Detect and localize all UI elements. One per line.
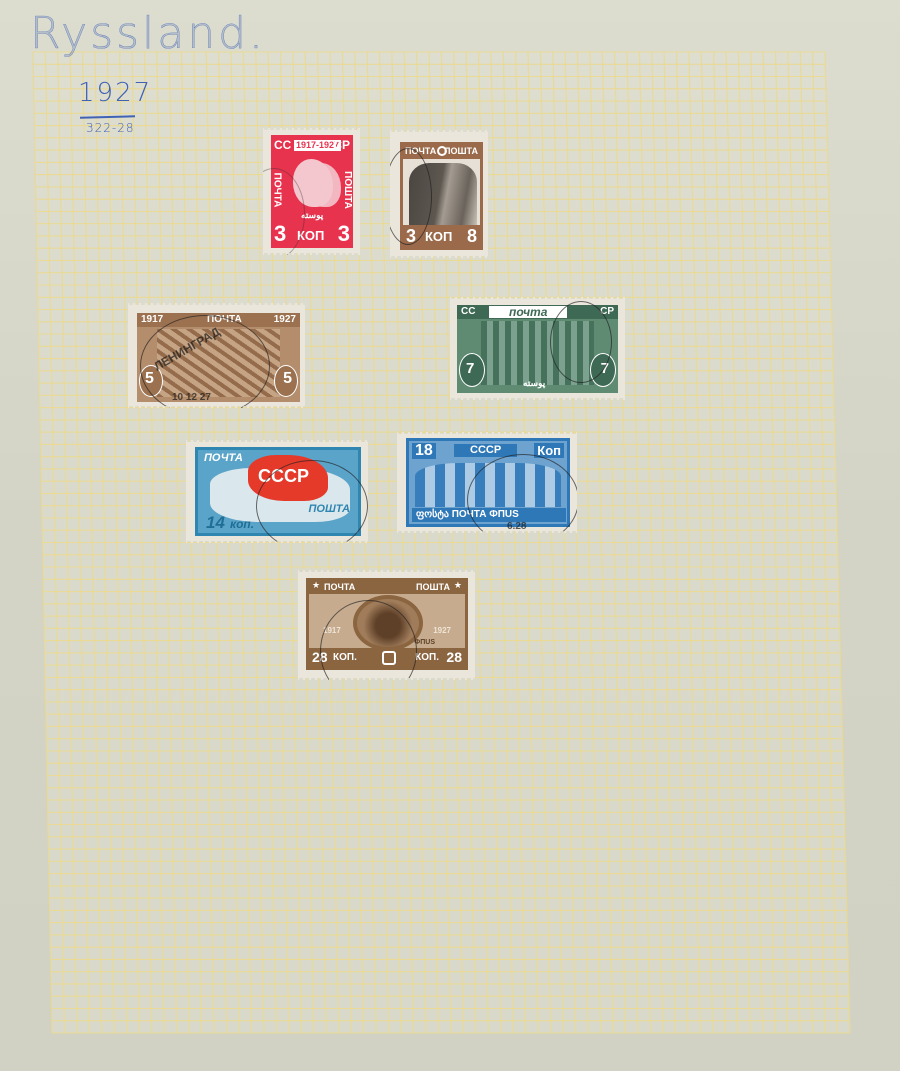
stamp-value-left: 3 — [406, 227, 416, 245]
stamp-5-kop[interactable]: 1917 ПОЧТА 1927 5 5 ЛЕНИНГРАД 10 12 27 — [128, 303, 305, 408]
stamp-header-right: ПОШТА — [416, 583, 450, 592]
emblem-icon — [382, 651, 396, 665]
stamp-footer: ფოსტა ПОЧТА ФПUS — [412, 508, 566, 522]
stamp-script: ФПUS — [414, 639, 435, 646]
stamp-design: CC 1917-1927 CP ПОЧТА ПОШТА پوسته 3 КОП … — [271, 135, 353, 248]
stamp-design: ПОЧТА СССР ПОШТА 14 коп. — [195, 447, 361, 536]
stamp-currency-left: КОП. — [333, 653, 357, 663]
star-icon: ★ — [312, 582, 320, 591]
stamp-side-left: ПОЧТА — [271, 173, 281, 208]
stamp-value-right: 8 — [467, 227, 477, 245]
wreath-portraits-icon — [353, 595, 423, 651]
stamp-side-right: ПОШТА — [342, 171, 352, 209]
stamp-corner-right: CP — [600, 307, 614, 317]
stamp-year-left: 1917 — [141, 315, 163, 325]
crowd-illustration-icon — [481, 321, 594, 385]
stamp-bottom-right: ПОШТА — [309, 504, 350, 515]
stamp-currency: Коп — [534, 443, 564, 458]
stamp-value-left: 3 — [274, 223, 286, 245]
stamp-header: ПОЧТА — [204, 453, 243, 464]
stamp-value: 14 — [206, 514, 225, 531]
stamp-8-kop[interactable]: ПОЧТА ПОШТА 3 КОП 8 — [390, 130, 488, 258]
stamp-value-right: 7 — [601, 361, 609, 376]
map-label: СССР — [258, 467, 309, 485]
stamp-header: почта — [489, 306, 567, 318]
page-title: Ryssland. — [30, 8, 266, 59]
portrait-icon — [293, 159, 333, 207]
stamp-header: ПОЧТА — [207, 315, 242, 325]
stamp-18-kop[interactable]: 18 СССР Коп ფოსტა ПОЧТА ФПUS 6.28 — [397, 432, 577, 533]
stamp-design: ★ ПОЧТА ПОШТА ★ 1917 1927 ФПUS 28 КОП. К… — [306, 578, 468, 670]
stamp-header: СССР — [454, 444, 517, 457]
postmark-date: 6.28 — [507, 522, 526, 532]
soldiers-illustration-icon — [409, 163, 477, 225]
stamp-value-left: 28 — [312, 650, 328, 664]
stamp-design: ПОЧТА ПОШТА 3 КОП 8 — [400, 142, 483, 250]
stamp-header-right: ПОШТА — [444, 147, 478, 156]
postmark-date: 10 12 27 — [172, 393, 211, 403]
stamp-year-right: 1927 — [433, 627, 451, 635]
stamp-year-left: 1917 — [323, 627, 341, 635]
year-label: 1927 — [78, 78, 152, 108]
stamp-value-right: 5 — [283, 371, 292, 387]
stamp-value-left: 5 — [145, 371, 154, 387]
workers-illustration-icon — [415, 463, 561, 507]
stamp-year-right: 1927 — [274, 315, 296, 325]
catalog-numbers: 322-28 — [86, 121, 135, 135]
stamp-28-kop[interactable]: ★ ПОЧТА ПОШТА ★ 1917 1927 ФПUS 28 КОП. К… — [298, 570, 475, 680]
stamp-currency: КОП — [297, 229, 324, 242]
stamp-design: CC почта CP 7 7 پوسته — [457, 305, 618, 393]
stamp-value-right: 3 — [338, 223, 350, 245]
stamp-corner-right: CP — [333, 139, 350, 151]
stamp-corner-left: CC — [461, 307, 475, 317]
stamp-design: 18 СССР Коп ფოსტა ПОЧТА ФПUS — [406, 438, 570, 527]
stamp-corner-left: CC — [274, 139, 291, 151]
stamp-value: 18 — [412, 443, 436, 459]
stamp-script: پوسته — [301, 211, 323, 220]
stamp-script: پوسته — [523, 379, 545, 388]
stamp-currency: КОП — [425, 230, 452, 243]
star-icon: ★ — [454, 582, 462, 591]
stamp-header-left: ПОЧТА — [405, 147, 436, 156]
stamp-7-kop[interactable]: CC почта CP 7 7 پوسته — [450, 297, 625, 400]
stamp-header-left: ПОЧТА — [324, 583, 355, 592]
stamp-currency-right: КОП. — [415, 653, 439, 663]
stamp-14-kop[interactable]: ПОЧТА СССР ПОШТА 14 коп. — [186, 440, 368, 543]
stamp-value-right: 28 — [446, 650, 462, 664]
stamp-3-kop[interactable]: CC 1917-1927 CP ПОЧТА ПОШТА پوسته 3 КОП … — [263, 128, 360, 255]
stamp-currency: коп. — [230, 518, 254, 530]
stamp-value-left: 7 — [466, 361, 474, 376]
